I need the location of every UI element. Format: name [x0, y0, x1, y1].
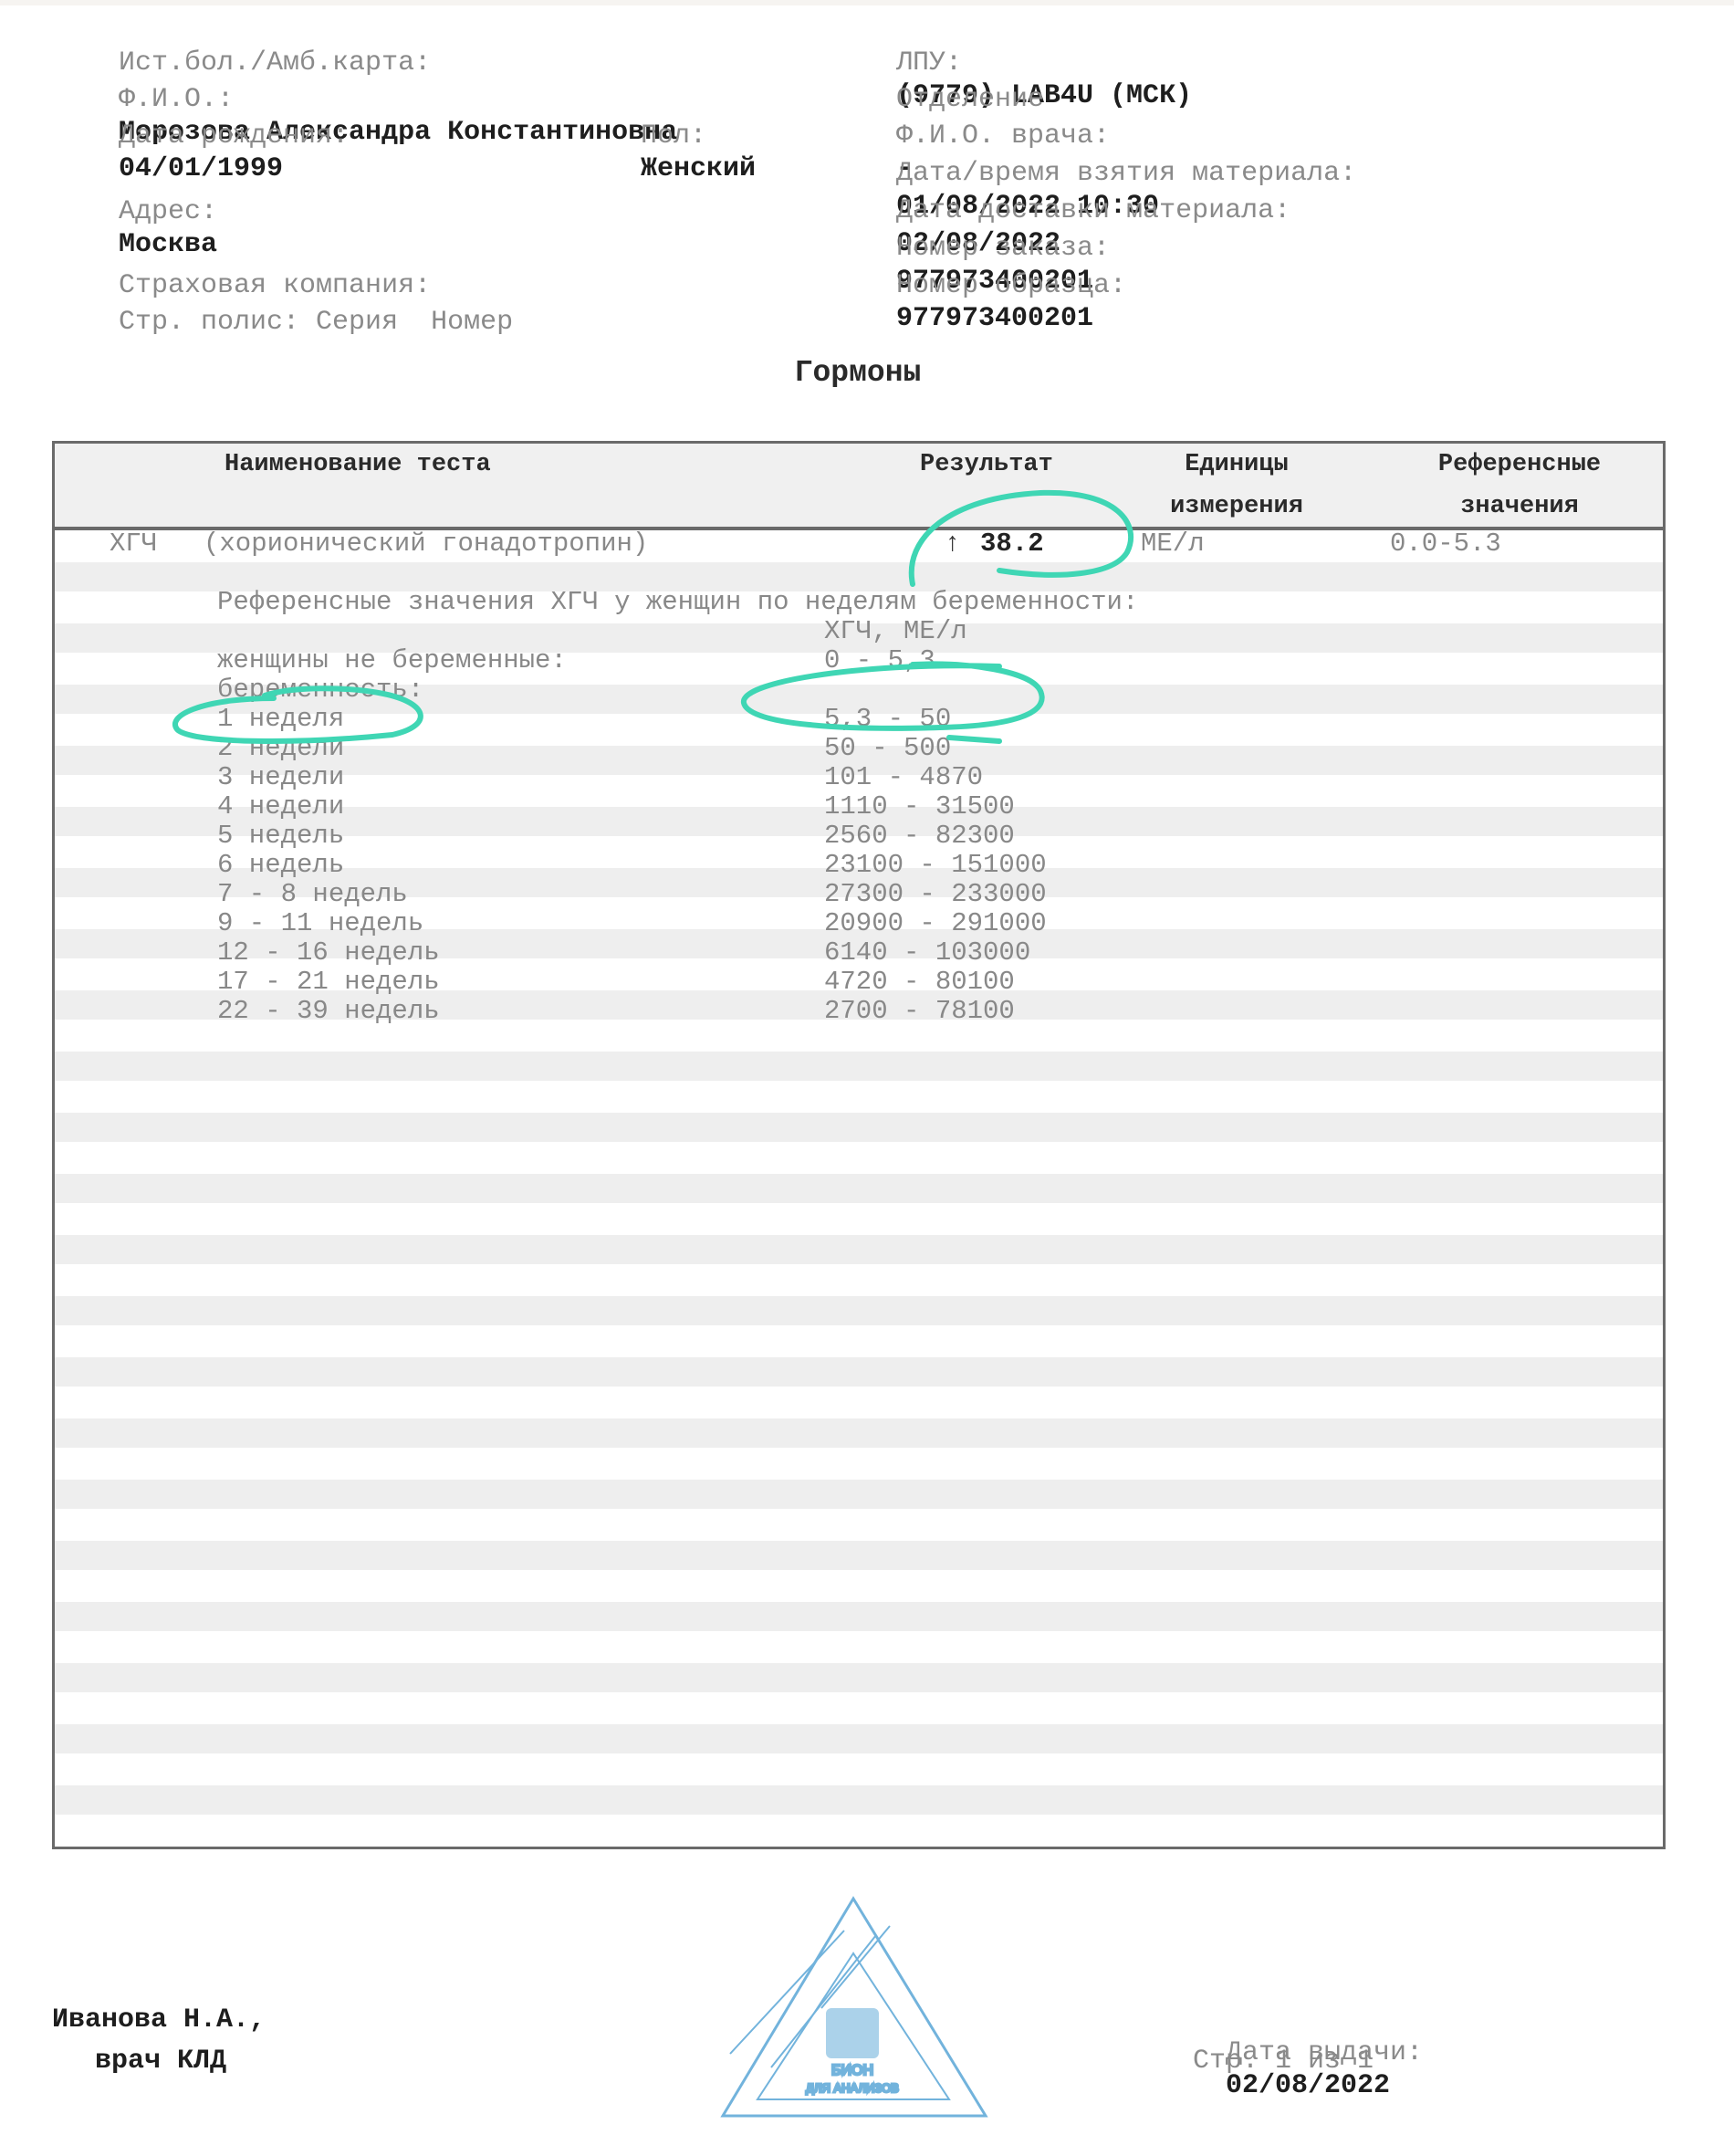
signing-doctor-name: Иванова Н.А.,: [52, 2004, 266, 2036]
pregnancy-label: беременность:: [217, 675, 423, 705]
week-range: 2560 - 82300: [824, 822, 1015, 851]
address-label: Адрес:: [119, 196, 217, 227]
week-label: 5 недель: [217, 822, 344, 851]
table-header: Наименование теста Результат Единицы изм…: [55, 444, 1663, 530]
week-range: 50 - 500: [824, 734, 951, 763]
result-high-arrow-icon: ↑: [945, 529, 960, 559]
week-label: 7 - 8 недель: [217, 880, 408, 909]
test-name: (хорионический гонадотропин): [204, 529, 648, 559]
dob-label: Дата рождения:: [119, 120, 349, 152]
week-label: 4 недели: [217, 792, 344, 822]
week-label: 2 недели: [217, 734, 344, 763]
week-label: 6 недель: [217, 851, 344, 880]
sample-row: Номер образца: 977973400201: [830, 236, 1126, 368]
sex-row: Пол: Женский: [575, 87, 756, 218]
svg-text:БИОН: БИОН: [831, 2063, 873, 2078]
page-number: Стр. 1 из 1: [1193, 2045, 1374, 2078]
scan-top-edge: [0, 0, 1734, 5]
result-units: МЕ/л: [1141, 529, 1205, 559]
sample-label: Номер образца:: [896, 270, 1126, 301]
week-range: 27300 - 233000: [824, 880, 1047, 909]
sex-value: Женский: [641, 153, 756, 184]
week-range: 23100 - 151000: [824, 851, 1047, 880]
signing-doctor-role: врач КЛД: [95, 2045, 226, 2078]
non-pregnant-label: женщины не беременные:: [217, 646, 567, 675]
section-title: Гормоны: [0, 356, 1716, 390]
week-label: 1 неделя: [217, 705, 344, 734]
test-code: ХГЧ: [110, 529, 157, 559]
reference-note-title: Референсные значения ХГЧ у женщин по нед…: [217, 588, 1138, 617]
reference-note-column-header: ХГЧ, МЕ/л: [824, 617, 967, 646]
week-range: 6140 - 103000: [824, 938, 1030, 968]
week-label: 9 - 11 недель: [217, 909, 423, 938]
sex-label: Пол:: [641, 120, 706, 152]
svg-text:ДЛЯ АНАЛИЗОВ: ДЛЯ АНАЛИЗОВ: [806, 2081, 899, 2095]
result-value: 38.2: [980, 529, 1044, 559]
week-label: 17 - 21 недель: [217, 968, 440, 997]
header-units-1: Единицы: [1150, 444, 1323, 486]
week-range: 4720 - 80100: [824, 968, 1015, 997]
result-reference: 0.0-5.3: [1390, 529, 1501, 559]
week-label: 3 недели: [217, 763, 344, 792]
week-range: 2700 - 78100: [824, 997, 1015, 1026]
week-range: 20900 - 291000: [824, 909, 1047, 938]
header-reference-2: значения: [1405, 486, 1634, 528]
non-pregnant-value: 0 - 5,3: [824, 646, 935, 675]
header-units-2: измерения: [1150, 486, 1323, 528]
sample-value: 977973400201: [896, 303, 1093, 334]
week-range: 5,3 - 50: [824, 705, 951, 734]
week-label: 12 - 16 недель: [217, 938, 440, 968]
results-table: Наименование теста Результат Единицы изм…: [52, 441, 1666, 1849]
week-range: 101 - 4870: [824, 763, 983, 792]
week-range: 1110 - 31500: [824, 792, 1015, 822]
header-test-name: Наименование теста: [225, 444, 491, 486]
policy-label: Стр. полис: Серия Номер: [119, 307, 513, 338]
week-label: 22 - 39 недель: [217, 997, 440, 1026]
header-result: Результат: [920, 444, 1053, 486]
header-reference-1: Референсные: [1405, 444, 1634, 486]
